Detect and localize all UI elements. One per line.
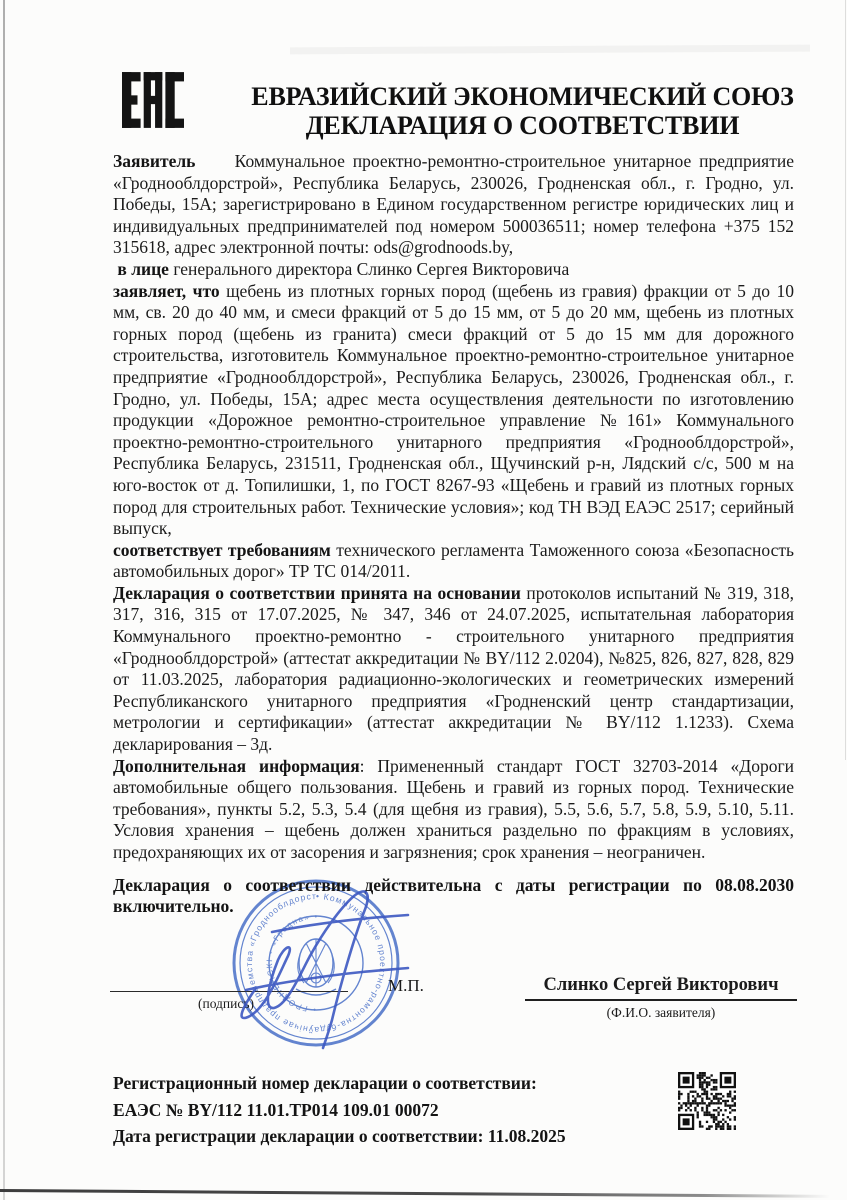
scan-edge-bottom <box>0 1189 847 1198</box>
paragraph-lead: соответствует требованиям <box>113 540 331 560</box>
registration-date: Дата регистрации декларации о соответств… <box>113 1123 713 1150</box>
paragraph: Дополнительная информация: Примененный с… <box>113 756 794 864</box>
paragraph-lead: Заявитель <box>113 151 195 171</box>
registration-number-value: ЕАЭС № BY/112 11.01.ТР014 109.01 00072 <box>113 1097 713 1124</box>
paragraph-lead: Дополнительная информация <box>113 756 360 776</box>
applicant-name: Слинко Сергей Викторович <box>525 975 797 1001</box>
document-title: ЕВРАЗИЙСКИЙ ЭКОНОМИЧЕСКИЙ СОЮЗ ДЕКЛАРАЦИ… <box>235 82 810 140</box>
paragraph: Декларация о соответствии принята на осн… <box>113 583 794 756</box>
paragraph: Заявитель Коммунальное проектно-ремонтно… <box>113 151 794 259</box>
qr-code <box>678 1072 736 1130</box>
declaration-title: ДЕКЛАРАЦИЯ О СООТВЕТСТВИИ <box>235 111 810 140</box>
eac-logo-icon <box>122 72 184 128</box>
registration-block: Регистрационный номер декларации о соотв… <box>113 1070 713 1150</box>
applicant-name-caption: (Ф.И.О. заявителя) <box>525 1005 797 1021</box>
paragraph: соответствует требованиям технического р… <box>113 540 794 583</box>
declaration-body: Заявитель Коммунальное проектно-ремонтно… <box>113 151 794 979</box>
scan-smudge-top <box>290 45 810 55</box>
paragraph-lead: заявляет, что <box>113 281 220 301</box>
paragraph: в лице генерального директора Слинко Сер… <box>113 259 794 281</box>
paragraph: заявляет, что щебень из плотных горных п… <box>113 281 794 540</box>
registration-number-label: Регистрационный номер декларации о соотв… <box>113 1070 713 1097</box>
paragraph-lead: в лице <box>113 259 169 279</box>
union-title: ЕВРАЗИЙСКИЙ ЭКОНОМИЧЕСКИЙ СОЮЗ <box>235 82 810 111</box>
handwritten-signature <box>212 868 462 1058</box>
paragraph-lead: Декларация о соответствии принята на осн… <box>113 583 521 603</box>
declaration-document-page: ЕВРАЗИЙСКИЙ ЭКОНОМИЧЕСКИЙ СОЮЗ ДЕКЛАРАЦИ… <box>0 0 847 1200</box>
scan-edge-right <box>845 0 847 760</box>
scan-edge-left <box>3 0 5 1200</box>
